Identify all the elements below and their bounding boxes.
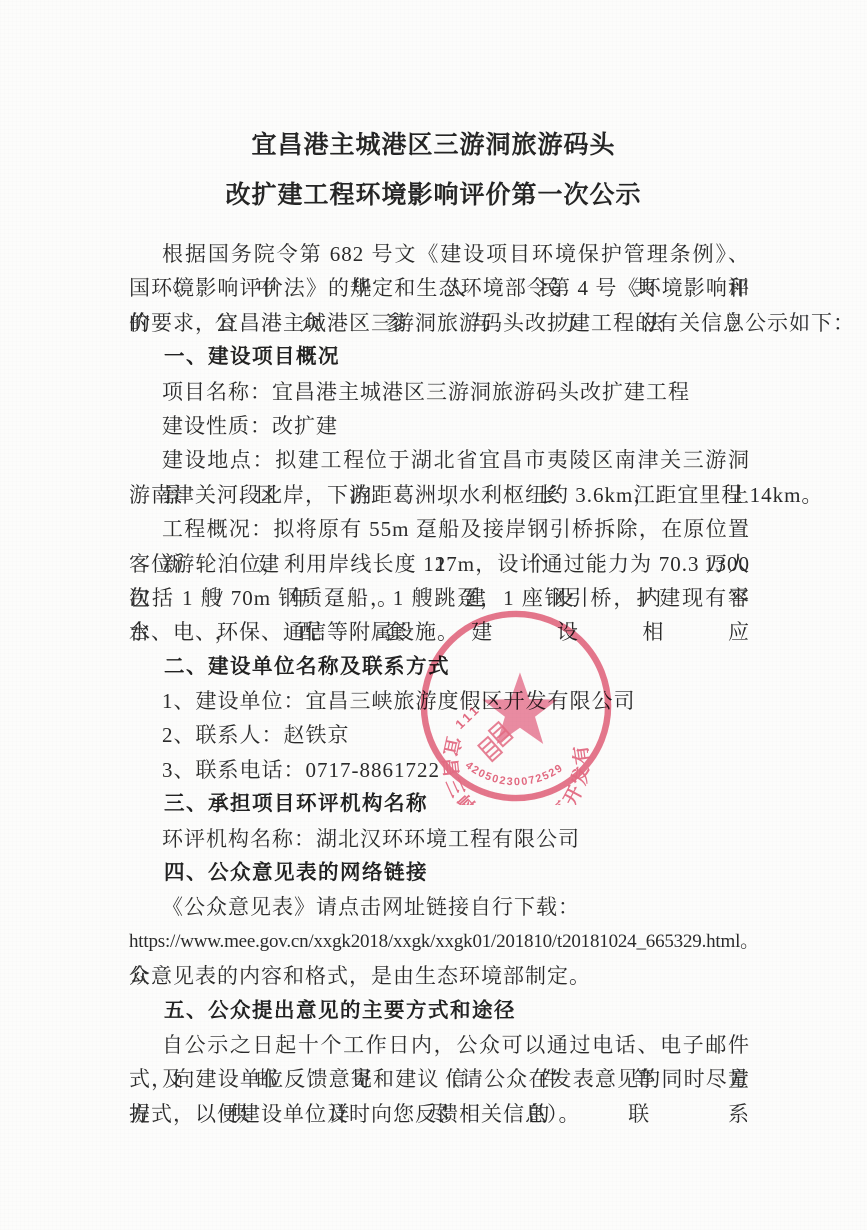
document-line: 众意见表的内容和格式，是由生态环境部制定。 [129, 959, 750, 993]
document-line: 一、建设项目概况 [129, 340, 750, 374]
document-line: 四、公众意见表的网络链接 [129, 856, 750, 890]
document-line: 国环境影响评价法》的规定和生态环境部令第 4 号《环境影响评价公众参与办法》 [129, 271, 750, 305]
document-line: 建设性质：改扩建 [129, 409, 750, 443]
document-line: 五、公众提出意见的主要方式和途径 [129, 994, 750, 1028]
document-line: 根据国务院令第 682 号文《建设项目环境保护管理条例》、《中华人民共和 [129, 237, 750, 271]
document-title: 宜昌港主城港区三游洞旅游码头 改扩建工程环境影响评价第一次公示 [0, 121, 867, 221]
scanned-document-page: 宜昌港主城港区三游洞旅游码头 改扩建工程环境影响评价第一次公示 根据国务院令第 … [0, 0, 867, 1230]
document-line: 工程概况：拟将原有 55m 趸船及接岸钢引桥拆除，在原位置新建 1 个 1300 [129, 512, 750, 546]
document-line: https://www.mee.gov.cn/xxgk2018/xxgk/xxg… [129, 925, 750, 959]
document-line: 自公示之日起十个工作日内，公众可以通过电话、电子邮件及邮寄信件等方 [129, 1028, 750, 1062]
document-title-line1: 宜昌港主城港区三游洞旅游码头 [0, 121, 867, 171]
document-line: 建设地点：拟建工程位于湖北省宜昌市夷陵区南津关三游洞景区内，长江上 [129, 443, 750, 477]
document-line: 《公众意见表》请点击网址链接自行下载： [129, 890, 750, 924]
seal-inner-code: 111 [452, 701, 483, 732]
document-line: 项目名称：宜昌港主城港区三游洞旅游码头改扩建工程 [129, 375, 750, 409]
company-seal-stamp: 宜昌三峡旅游度假区开发有限公司 42050230072529 111 [417, 607, 615, 805]
document-line: 式，向建设单位反馈意见和建议（请公众在发表意见的同时尽量提供详尽的联系 [129, 1062, 750, 1096]
document-title-line2: 改扩建工程环境影响评价第一次公示 [0, 171, 867, 221]
seal-bottom-code: 42050230072529 [463, 759, 566, 788]
document-line: 的要求，宜昌港主城港区三游洞旅游码头改扩建工程的有关信息公示如下： [129, 306, 750, 340]
document-line: 游南津关河段北岸，下游距葛洲坝水利枢纽约 3.6km，距宜里程 14km。 [129, 478, 750, 512]
document-line: 环评机构名称：湖北汉环环境工程有限公司 [129, 822, 750, 856]
document-line: 客位游轮泊位，利用岸线长度 127m，设计通过能力为 70.3 万人次/年。建设… [129, 547, 750, 581]
